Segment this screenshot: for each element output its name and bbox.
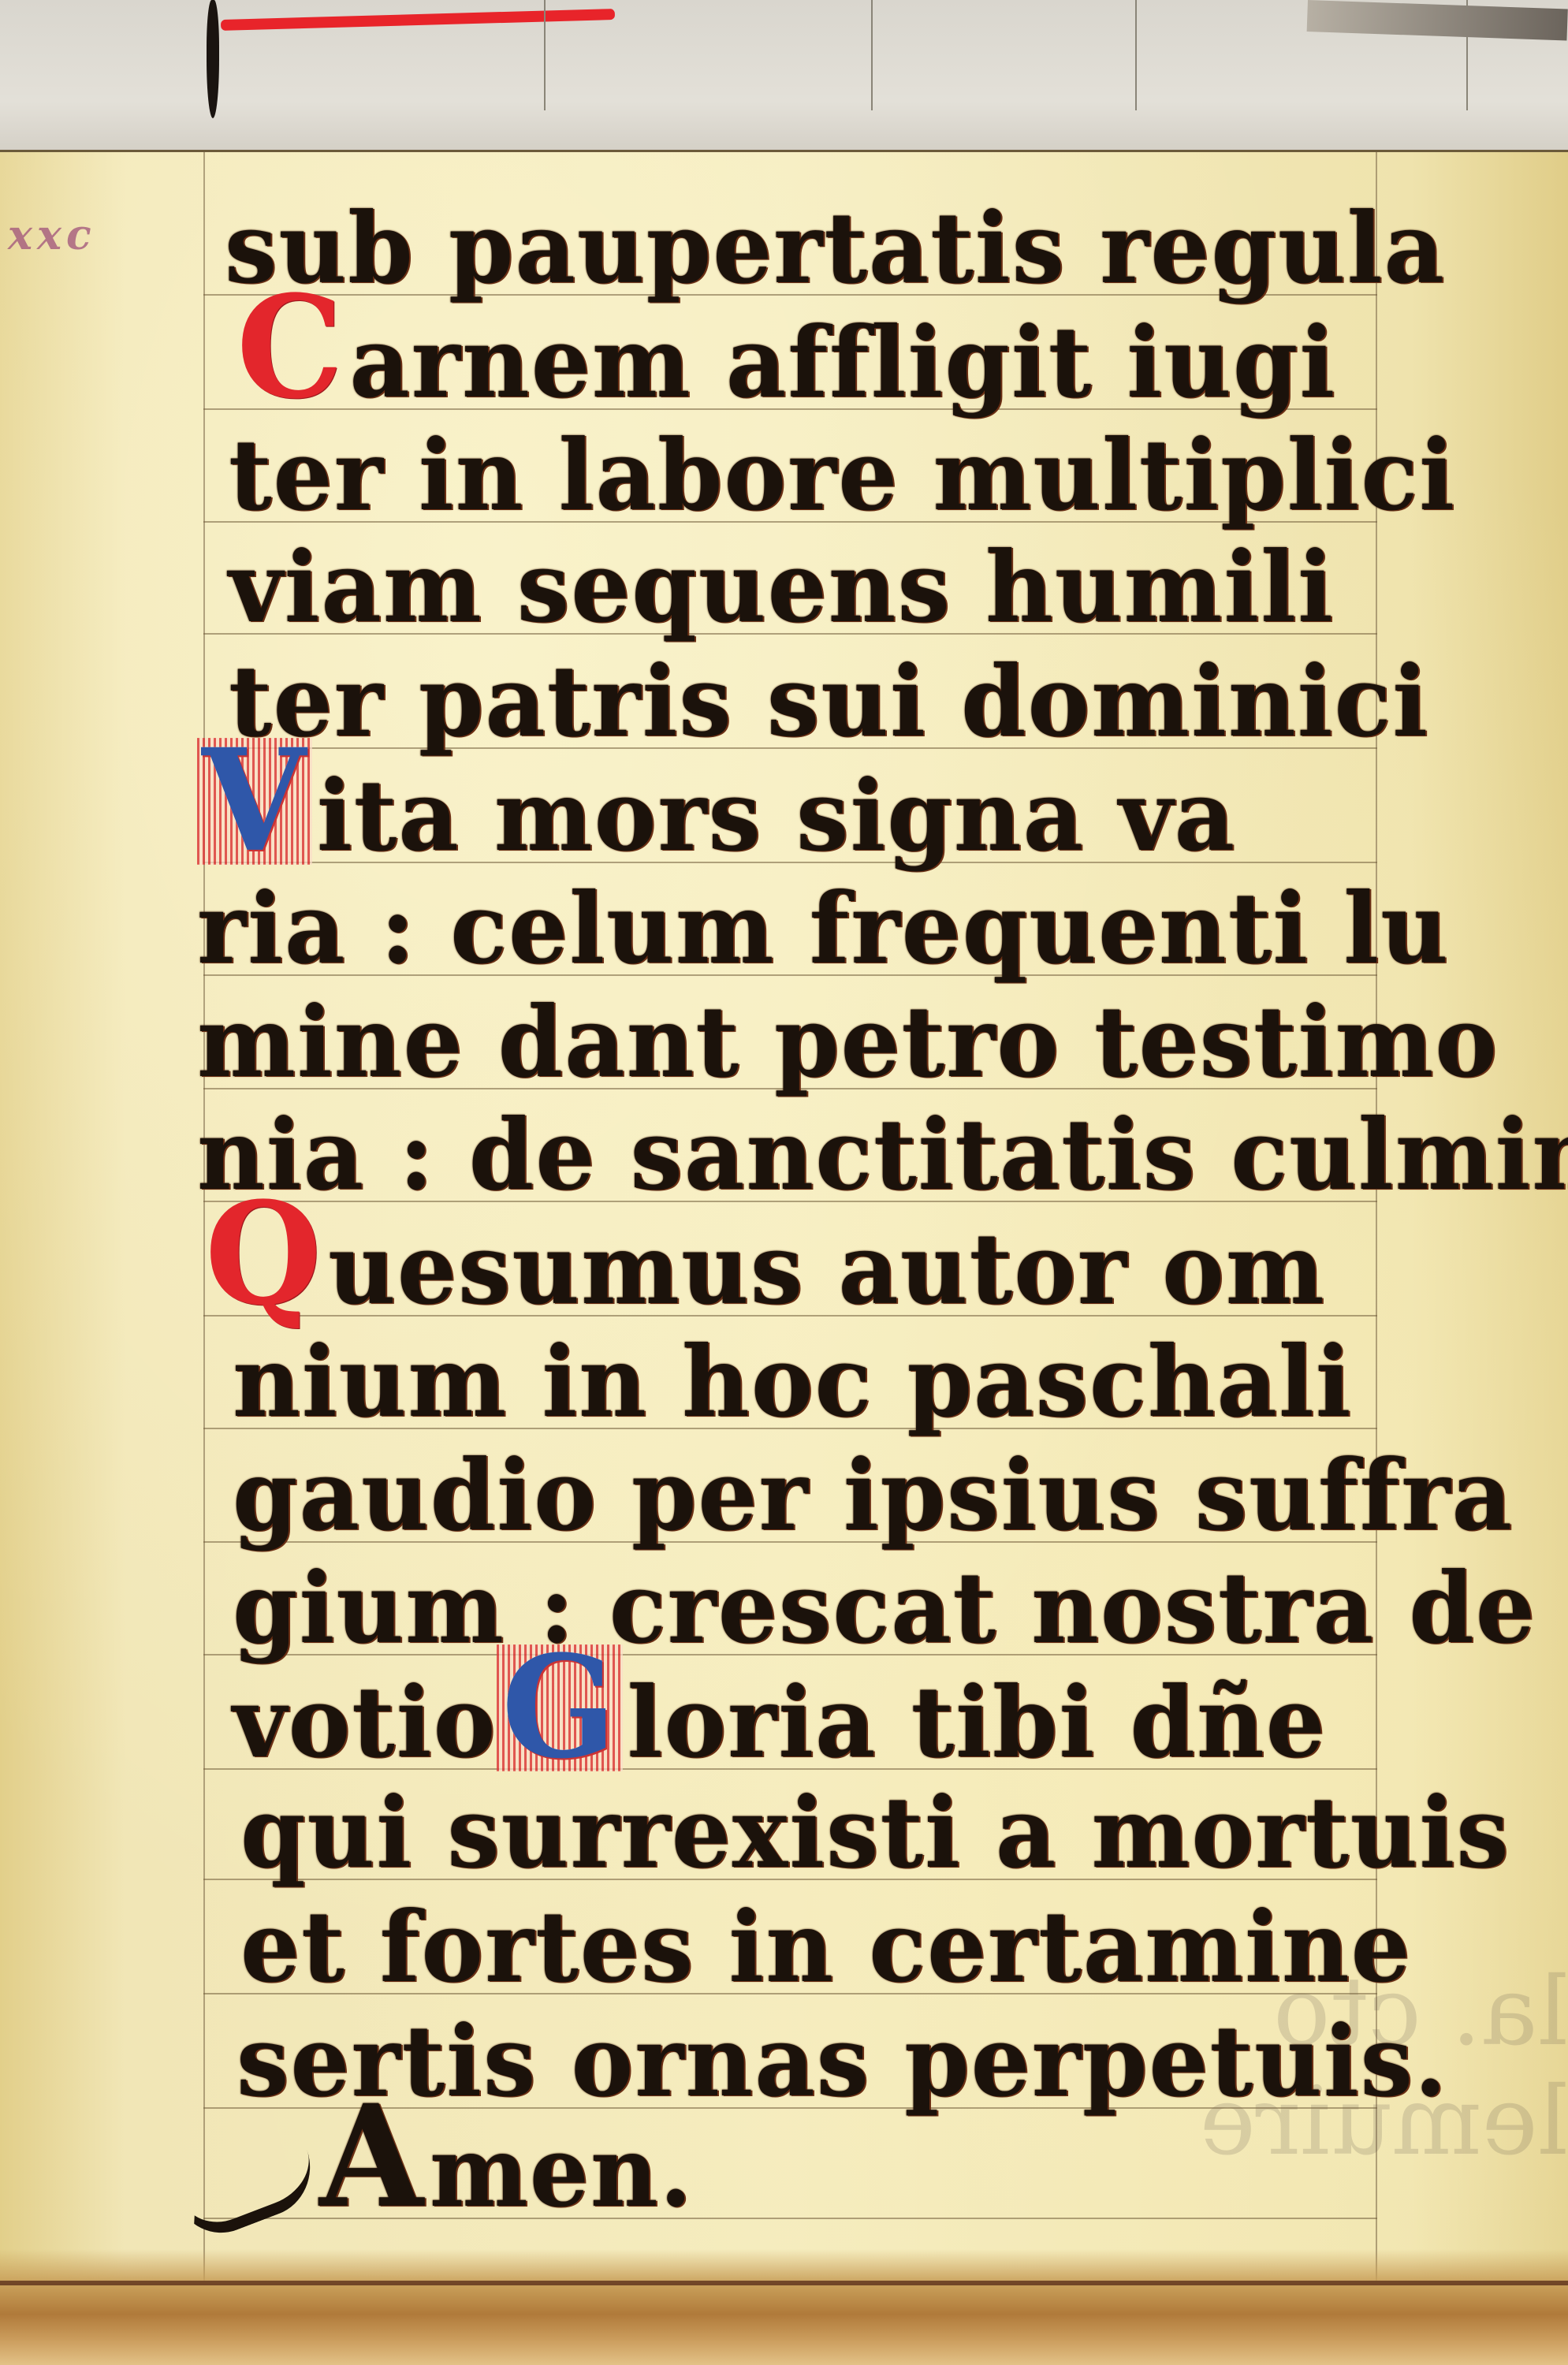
- text-line: votioGloria tibi dñe: [233, 1647, 1327, 1771]
- line-text: men.: [430, 2123, 694, 2221]
- page-corner-shadow: [1307, 0, 1568, 40]
- line-text: votio: [233, 1674, 497, 1771]
- line-text: gaudio per ipsius suffra: [233, 1447, 1514, 1544]
- folio-number: xxc: [8, 211, 96, 259]
- line-text: arnem affligit iugi: [349, 314, 1336, 412]
- ruling-line: [871, 0, 873, 110]
- decorated-initial: G: [497, 1644, 622, 1771]
- flourish-decoration: [169, 2146, 319, 2221]
- text-line: ria : celum frequenti lu: [197, 853, 1450, 978]
- line-text: nia : de sanctitatis culmine: [197, 1106, 1568, 1204]
- line-text: gium : crescat nostra de: [233, 1559, 1536, 1657]
- text-line: ter patris sui dominici: [229, 626, 1429, 750]
- red-rule-mark: [221, 9, 615, 31]
- line-text: sub paupertatis regula: [225, 199, 1446, 297]
- line-text: viam sequens humili: [229, 538, 1335, 636]
- ink-stroke-mark: [207, 0, 219, 118]
- line-text: qui surrexisti a mortuis: [240, 1784, 1510, 1882]
- text-line: qui surrexisti a mortuis: [240, 1757, 1510, 1882]
- previous-page-edge: [0, 0, 1568, 169]
- text-line: nia : de sanctitatis culmine: [197, 1079, 1568, 1204]
- text-line: et fortes in certamine: [240, 1872, 1412, 1996]
- text-line: ter in labore multiplici: [229, 400, 1456, 524]
- decorated-initial: A: [319, 2094, 425, 2221]
- text-line: Carnem affligit iugi: [237, 287, 1336, 412]
- line-text: nium in hoc paschali: [233, 1333, 1353, 1431]
- decorated-initial: Q: [205, 1191, 323, 1318]
- line-text: loria tibi dñe: [628, 1674, 1327, 1771]
- damaged-bottom-edge: [0, 2249, 1568, 2365]
- text-line: Vita mors signa va: [197, 740, 1236, 865]
- line-text: uesumus autor om: [328, 1220, 1326, 1318]
- text-line: gium : crescat nostra de: [233, 1533, 1536, 1657]
- ruling-line: [544, 0, 546, 110]
- line-text: ter patris sui dominici: [229, 653, 1429, 750]
- text-line: viam sequens humili: [229, 512, 1335, 636]
- text-line: gaudio per ipsius suffra: [233, 1420, 1514, 1544]
- line-text: ita mors signa va: [317, 767, 1236, 865]
- text-line: Quesumus autor om: [205, 1194, 1326, 1318]
- line-text: ria : celum frequenti lu: [197, 880, 1450, 978]
- decorated-initial: V: [197, 738, 312, 865]
- decorated-initial: C: [237, 285, 345, 412]
- manuscript-leaf: xxc la. cto lemuire sub paupertatis regu…: [0, 150, 1568, 2365]
- line-text: mine dant petro testimo: [197, 993, 1499, 1091]
- line-text: et fortes in certamine: [240, 1898, 1412, 1996]
- text-line: nium in hoc paschali: [233, 1306, 1353, 1431]
- text-line: Amen.: [169, 2096, 694, 2221]
- text-line: sub paupertatis regula: [225, 173, 1446, 297]
- line-text: ter in labore multiplici: [229, 426, 1456, 524]
- ruling-line: [1135, 0, 1137, 110]
- text-line: mine dant petro testimo: [197, 966, 1499, 1091]
